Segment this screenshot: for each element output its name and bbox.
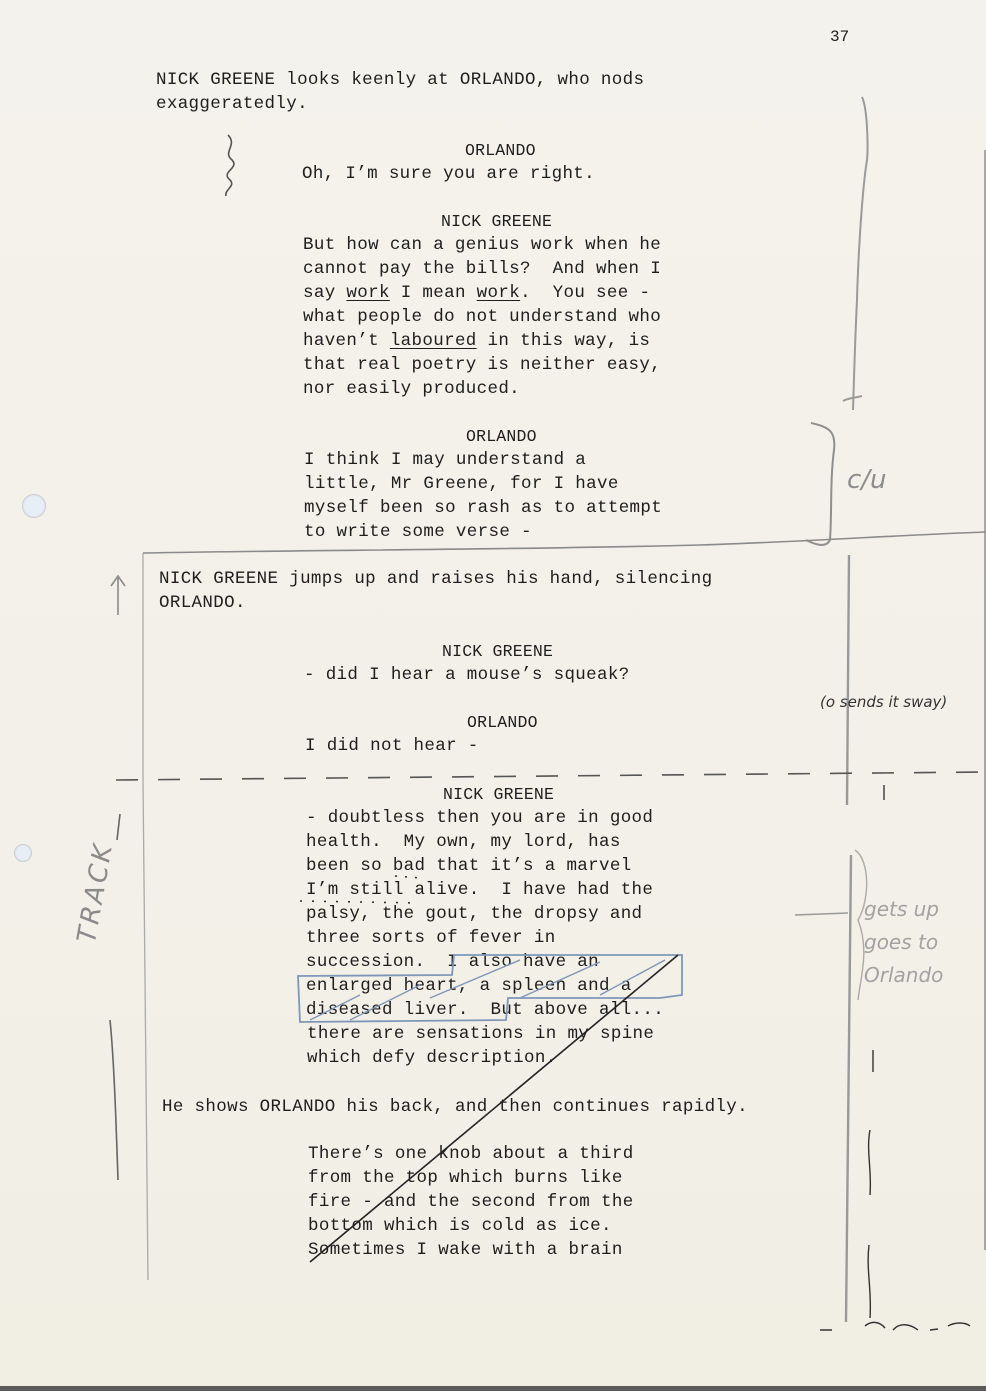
dialogue-line: that real poetry is neither easy, [303,353,661,377]
character-cue: ORLANDO [467,711,538,735]
character-cue: ORLANDO [466,425,537,449]
character-cue: NICK GREENE [443,783,554,807]
page-bottom-edge [0,1386,986,1391]
dialogue-line: cannot pay the bills? And when I [303,257,661,281]
dialogue-line: diseased liver. But above all... [306,998,664,1022]
margin-note-line: goes to [864,926,943,959]
dialogue-line: succession. I also have an [306,950,599,974]
dialogue-line: which defy description. [307,1046,557,1070]
character-cue: NICK GREENE [441,210,552,234]
dialogue-line: Sometimes I wake with a brain [308,1238,623,1262]
dialogue-line: I did not hear - [305,734,479,758]
dialogue-line: there are sensations in my spine [307,1022,654,1046]
margin-note-sends: (o sends it sway) [820,693,947,711]
action-line: NICK GREENE jumps up and raises his hand… [159,567,712,591]
text: in this way, is [477,331,651,351]
dialogue-line: health. My own, my lord, has [306,830,621,854]
dialogue-line: nor easily produced. [303,377,520,401]
dialogue-line: from the top which burns like [308,1166,623,1190]
punch-hole-bottom [14,844,32,862]
punch-hole-top [22,494,46,518]
dialogue-line: - doubtless then you are in good [306,806,653,830]
dialogue-line: enlarged heart, a spleen and a [306,974,632,998]
dialogue-line: fire - and the second from the [308,1190,634,1214]
action-line: NICK GREENE looks keenly at ORLANDO, who… [156,68,644,92]
character-cue: NICK GREENE [442,640,553,664]
dialogue-line: I think I may understand a [304,448,586,472]
character-cue: ORLANDO [465,139,536,163]
underlined-word: work [477,283,520,303]
dialogue-line: bottom which is cold as ice. [308,1214,612,1238]
action-line: He shows ORLANDO his back, and then cont… [162,1095,748,1119]
margin-note-cu: c/u [847,465,887,495]
dialogue-line: myself been so rash as to attempt [304,496,662,520]
dialogue-line: There’s one knob about a third [308,1142,634,1166]
action-line: exaggeratedly. [156,92,308,116]
page-number: 37 [830,28,849,46]
dialogue-line: Oh, I’m sure you are right. [302,162,595,186]
dialogue-line: what people do not understand who [303,305,661,329]
dialogue-line: to write some verse - [304,520,532,544]
margin-note-line: gets up [864,893,943,926]
dialogue-line-underlined: haven’t laboured in this way, is [303,329,650,353]
margin-note-gets-up: gets up goes to Orlando [864,893,943,992]
dialogue-line: little, Mr Greene, for I have [304,472,619,496]
dialogue-line-underlined: say work I mean work. You see - [303,281,650,305]
underlined-word: laboured [390,331,477,351]
dialogue-line: But how can a genius work when he [303,233,661,257]
text: I mean [390,283,477,303]
text: say [303,283,346,303]
text: . You see - [520,283,650,303]
dialogue-line: palsy, the gout, the dropsy and [306,902,642,926]
dialogue-line: I’m still alive. I have had the [306,878,653,902]
underlined-word: work [346,283,389,303]
dialogue-line: been so bad that it’s a marvel [306,854,632,878]
action-line: ORLANDO. [159,591,246,615]
text: haven’t [303,331,390,351]
dialogue-line: - did I hear a mouse’s squeak? [304,663,630,687]
margin-note-line: Orlando [864,959,943,992]
dialogue-line: three sorts of fever in [306,926,556,950]
